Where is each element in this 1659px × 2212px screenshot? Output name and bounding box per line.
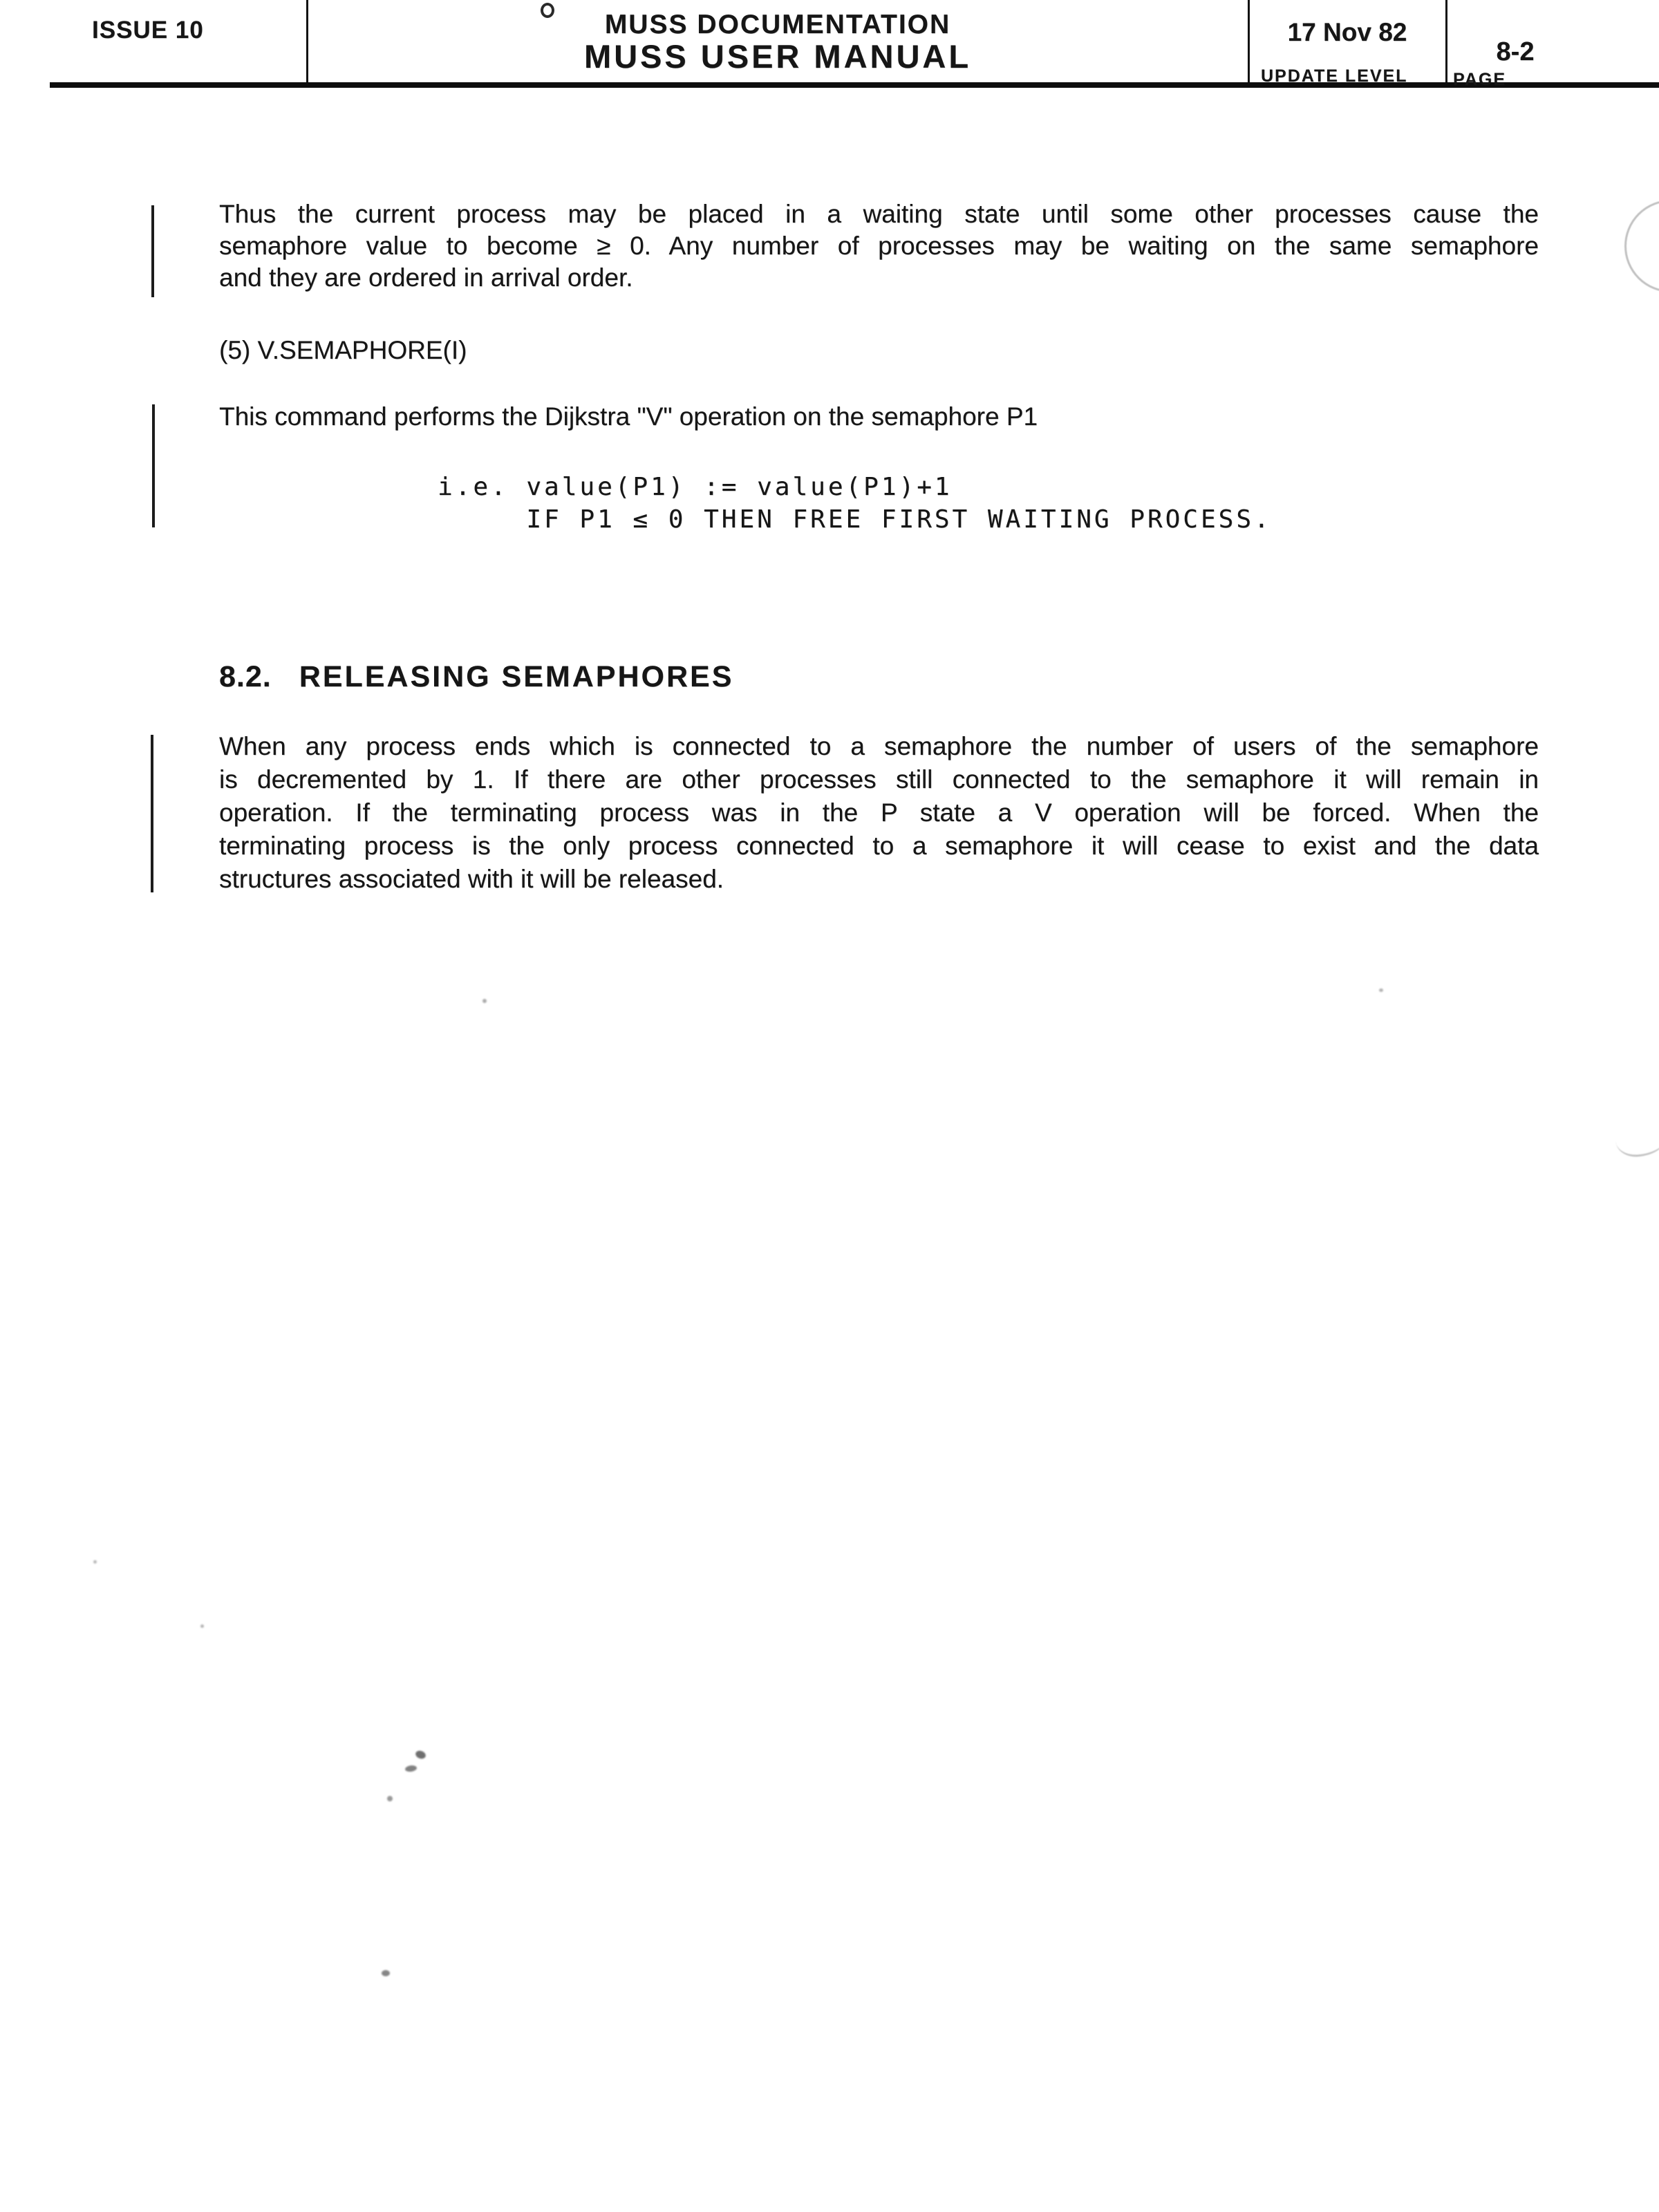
paragraph-semaphore-waiting: Thus the current process may be placed i… [219, 198, 1539, 294]
scan-speck [200, 1624, 204, 1628]
section-number: 8.2. [219, 660, 272, 694]
scan-speck [482, 999, 487, 1003]
doc-subtitle: MUSS USER MANUAL [307, 39, 1248, 73]
list-item-v-semaphore: (5) V.SEMAPHORE(I) [219, 336, 467, 365]
scan-speck [415, 1750, 427, 1760]
change-bar [152, 404, 155, 527]
doc-title-block: MUSS DOCUMENTATION MUSS USER MANUAL [307, 11, 1248, 73]
issue-label: ISSUE 10 [92, 17, 204, 44]
scan-speck [93, 1560, 97, 1564]
paragraph-line: operation. If the terminating process wa… [219, 796, 1539, 829]
scan-speck [387, 1796, 393, 1801]
change-bar [151, 205, 154, 297]
paragraph-line: semaphore value to become ≥ 0. Any numbe… [219, 230, 1539, 262]
scan-artifact-ring [541, 3, 554, 18]
paragraph-line: is decremented by 1. If there are other … [219, 763, 1539, 796]
doc-title: MUSS DOCUMENTATION [307, 11, 1248, 39]
scan-artifact-swoosh [1615, 1135, 1659, 1159]
scan-speck [382, 1970, 390, 1976]
code-line: IF P1 ≤ 0 THEN FREE FIRST WAITING PROCES… [438, 503, 1272, 536]
update-level-label: UPDATE LEVEL [1261, 66, 1407, 86]
page-number: 8-2 [1446, 37, 1584, 67]
paragraph-releasing-semaphores: When any process ends which is connected… [219, 730, 1539, 896]
scan-speck [404, 1765, 417, 1772]
paragraph-line: Thus the current process may be placed i… [219, 198, 1539, 230]
update-date: 17 Nov 82 [1248, 18, 1446, 47]
page-label: PAGE [1453, 70, 1506, 90]
paragraph-line: and they are ordered in arrival order. [219, 262, 1539, 294]
section-title: RELEASING SEMAPHORES [299, 660, 734, 694]
change-bar [151, 735, 153, 892]
scan-artifact-arc [1624, 200, 1659, 292]
scanned-manual-page: ISSUE 10 MUSS DOCUMENTATION MUSS USER MA… [0, 0, 1659, 2212]
paragraph-line: When any process ends which is connected… [219, 730, 1539, 763]
paragraph-dijkstra-v: This command performs the Dijkstra "V" o… [219, 402, 1038, 431]
paragraph-line: structures associated with it will be re… [219, 863, 1539, 896]
scan-speck [1379, 988, 1383, 992]
code-block: i.e. value(P1) := value(P1)+1 IF P1 ≤ 0 … [438, 471, 1272, 536]
code-line: i.e. value(P1) := value(P1)+1 [438, 471, 1272, 503]
header-rule [50, 82, 1659, 88]
section-heading: 8.2.RELEASING SEMAPHORES [219, 660, 733, 694]
paragraph-line: terminating process is the only process … [219, 829, 1539, 863]
